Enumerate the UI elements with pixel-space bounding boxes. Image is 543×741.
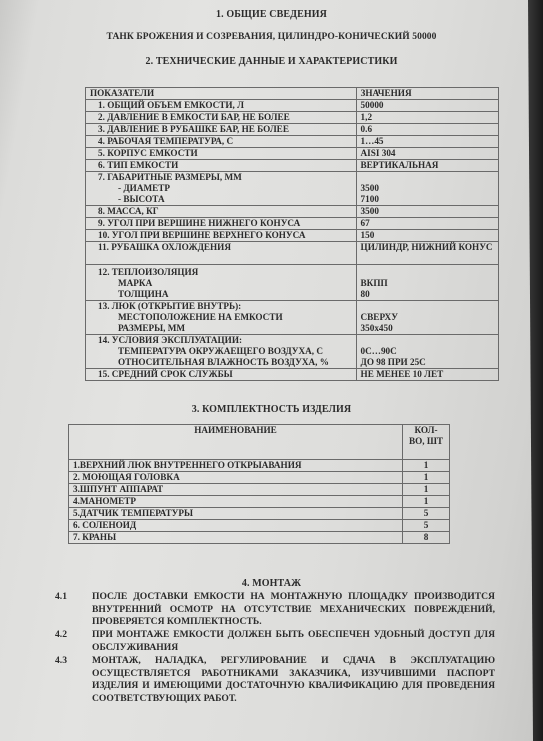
section-1-title: 1. ОБЩИЕ СВЕДЕНИЯ [0,9,543,20]
table-row: 6. ТИП ЕМКОСТИВЕРТИКАЛЬНАЯ [86,160,499,172]
table-row: 5. КОРПУС ЕМКОСТИAISI 304 [86,148,499,160]
product-title: ТАНК БРОЖЕНИЯ И СОЗРЕВАНИЯ, ЦИЛИНДРО-КОН… [0,32,543,42]
table-row: 9. УГОЛ ПРИ ВЕРШИНЕ НИЖНЕГО КОНУСА67 [86,218,499,230]
table-row: 15. СРЕДНИЙ СРОК СЛУЖБЫНЕ МЕНЕЕ 10 ЛЕТ [86,369,499,381]
installation-item: 4.2 ПРИ МОНТАЖЕ ЕМКОСТИ ДОЛЖЕН БЫТЬ ОБЕС… [55,629,495,654]
table-row: 5.ДАТЧИК ТЕМПЕРАТУРЫ5 [69,508,450,520]
installation-item: 4.1 ПОСЛЕ ДОСТАВКИ ЕМКОСТИ НА МОНТАЖНУЮ … [55,591,495,629]
table-row: 7. ГАБАРИТНЫЕ РАЗМЕРЫ, ММ - ДИАМЕТР - ВЫ… [86,172,499,206]
table-row: 4.МАНОМЕТР1 [69,496,450,508]
header-value: ЗНАЧЕНИЯ [356,88,498,100]
table-header-row: ПОКАЗАТЕЛИ ЗНАЧЕНИЯ [86,88,499,100]
table-row: 13. ЛЮК (ОТКРЫТИЕ ВНУТРЬ): МЕСТОПОЛОЖЕНИ… [86,301,499,335]
table-row: 14. УСЛОВИЯ ЭКСПЛУАТАЦИИ: ТЕМПЕРАТУРА ОК… [86,335,499,369]
header-name: НАИМЕНОВАНИЕ [69,425,403,460]
table-row: 11. РУБАШКА ОХЛОЖДЕНИЯЦИЛИНДР, НИЖНИЙ КО… [86,242,499,265]
table-row: 3. ДАВЛЕНИЕ В РУБАШКЕ БАР, НЕ БОЛЕЕ0.6 [86,124,499,136]
section-4-title: 4. МОНТАЖ [0,578,543,589]
table-row: 2. МОЮЩАЯ ГОЛОВКА1 [69,472,450,484]
table-row: 1. ОБЩИЙ ОБЪЕМ ЕМКОСТИ, Л50000 [86,100,499,112]
table-row: 1.ВЕРХНИЙ ЛЮК ВНУТРЕННЕГО ОТКРЫАВАНИЯ1 [69,460,450,472]
table-row: 3.ШПУНТ АППАРАТ1 [69,484,450,496]
table-row: 6. СОЛЕНОИД5 [69,520,450,532]
document-page: 1. ОБЩИЕ СВЕДЕНИЯ ТАНК БРОЖЕНИЯ И СОЗРЕВ… [0,0,533,741]
section-2-title: 2. ТЕХНИЧЕСКИЕ ДАННЫЕ И ХАРАКТЕРИСТИКИ [0,56,543,67]
completeness-table: НАИМЕНОВАНИЕ КОЛ-ВО, ШТ 1.ВЕРХНИЙ ЛЮК ВН… [68,424,450,544]
table-row: 2. ДАВЛЕНИЕ В ЕМКОСТИ БАР, НЕ БОЛЕЕ1,2 [86,112,499,124]
table-row: 10. УГОЛ ПРИ ВЕРШИНЕ ВЕРХНЕГО КОНУСА150 [86,230,499,242]
table-row: 4. РАБОЧАЯ ТЕМПЕРАТУРА, С1…45 [86,136,499,148]
table-header-row: НАИМЕНОВАНИЕ КОЛ-ВО, ШТ [69,425,450,460]
header-qty: КОЛ-ВО, ШТ [403,425,450,460]
installation-item: 4.3 МОНТАЖ, НАЛАДКА, РЕГУЛИРОВАНИЕ И СДА… [55,655,495,705]
header-param: ПОКАЗАТЕЛИ [86,88,357,100]
table-row: 12. ТЕПЛОИЗОЛЯЦИЯ МАРКА ТОЛЩИНА ВКПП80 [86,265,499,301]
section-3-title: 3. КОМПЛЕКТНОСТЬ ИЗДЕЛИЯ [0,404,543,415]
table-row: 8. МАССА, КГ3500 [86,206,499,218]
technical-specs-table: ПОКАЗАТЕЛИ ЗНАЧЕНИЯ 1. ОБЩИЙ ОБЪЕМ ЕМКОС… [85,87,499,381]
table-row: 7. КРАНЫ8 [69,532,450,544]
